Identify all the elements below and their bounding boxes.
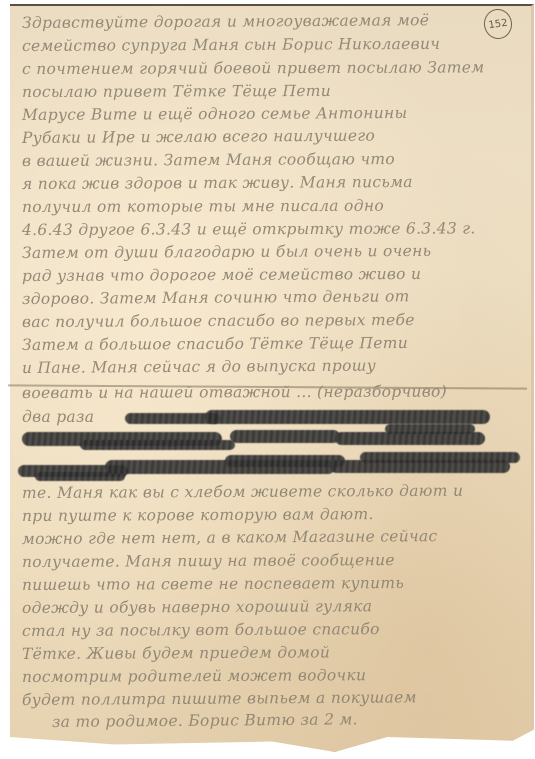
letter-line: пишешь что на свете не поспевает купить [22, 574, 404, 598]
letter-line: Затем а большое спасибо Тётке Тёще Пети [22, 334, 408, 358]
letter-line: здорово. Затем Маня сочиню что деньги от [22, 287, 410, 312]
letter-line: посылаю привет Тётке Тёще Пети [22, 82, 331, 105]
letter-line: я пока жив здоров и так живу. Маня письм… [22, 173, 413, 197]
letter-line: получаете. Маня пишу на твоё сообщение [22, 551, 395, 575]
letter-line: воевать и на нашей отважной ... (неразбо… [22, 383, 447, 406]
letter-line: Марусе Вите и ещё одного семье Антонины [22, 104, 408, 128]
letter-line: вас получил большое спасибо во первых те… [22, 311, 415, 335]
letter-line: Здравствуйте дорогая и многоуважаемая мо… [22, 11, 429, 36]
letter-line: получил от которые ты мне писала одно [22, 197, 384, 220]
letter-line: стал ну за посылку вот большое спасибо [22, 620, 380, 644]
letter-line: посмотрим родителей может водочки [22, 666, 366, 690]
letter-line: можно где нет нет, а в каком Магазине се… [22, 527, 438, 552]
letter-line: будет поллитра пишите выпьем а покушаем [22, 688, 417, 713]
letter-line: рад узнав что дорогое моё семейство живо… [22, 265, 421, 289]
letter-line: за то родимое. Борис Витю за 2 м. [52, 710, 358, 735]
letter-line: Затем от души благодарю и был очень и оч… [22, 242, 431, 266]
letter-line: 4.6.43 другое 6.3.43 и ещё открытку тоже… [22, 219, 476, 243]
letter-line: Рубаки и Ире и желаю всего наилучшего [22, 127, 375, 151]
letter-line: те. Маня как вы с хлебом живете сколько … [22, 482, 463, 506]
letter-line: Тётке. Живы будем приедем домой [22, 643, 330, 667]
letter-line: одежду и обувь наверно хороший гуляка [22, 597, 372, 621]
letter-line: два раза [22, 408, 94, 430]
letter-line: и Пане. Маня сейчас я до выпуска прошу [22, 357, 376, 381]
letter-line: семейство супруга Маня сын Борис Николае… [22, 35, 440, 59]
letter-line: с почтением горячий боевой привет посыла… [22, 58, 484, 82]
letter-line: в вашей жизни. Затем Маня сообщаю что [22, 150, 395, 174]
letter-line: при пуште к корове которую вам дают. [22, 505, 374, 529]
